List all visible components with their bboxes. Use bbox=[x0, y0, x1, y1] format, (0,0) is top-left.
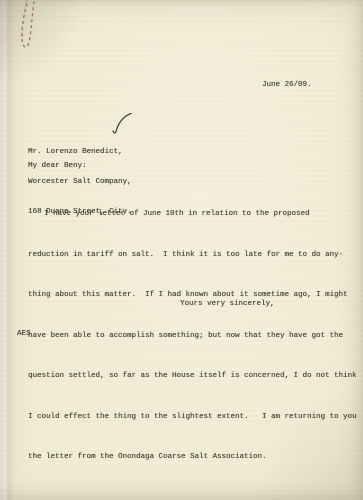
letter-date: June 26/09. bbox=[262, 81, 312, 90]
body-line: the letter from the Onondaga Coarse Salt… bbox=[28, 451, 358, 465]
body-line: have been able to accomplish something; … bbox=[28, 330, 358, 344]
salutation: My dear Beny: bbox=[28, 162, 87, 171]
letter-body: I have your letter of June 10th in relat… bbox=[28, 181, 358, 492]
body-line: I have your letter of June 10th in relat… bbox=[28, 208, 358, 222]
body-line: I could effect the thing to the slightes… bbox=[28, 411, 358, 425]
recipient-name: Mr. Lorenzo Benedict, bbox=[28, 147, 132, 157]
body-line: reduction in tariff on salt. I think it … bbox=[28, 249, 358, 263]
typist-initials: AES bbox=[17, 330, 31, 339]
letter-page: June 26/09. Mr. Lorenzo Benedict, Worces… bbox=[0, 0, 363, 500]
body-line: question settled, so far as the House it… bbox=[28, 370, 358, 384]
complimentary-closing: Yours very sincerely, bbox=[180, 300, 275, 309]
paperclip-rust-mark bbox=[14, 0, 48, 59]
